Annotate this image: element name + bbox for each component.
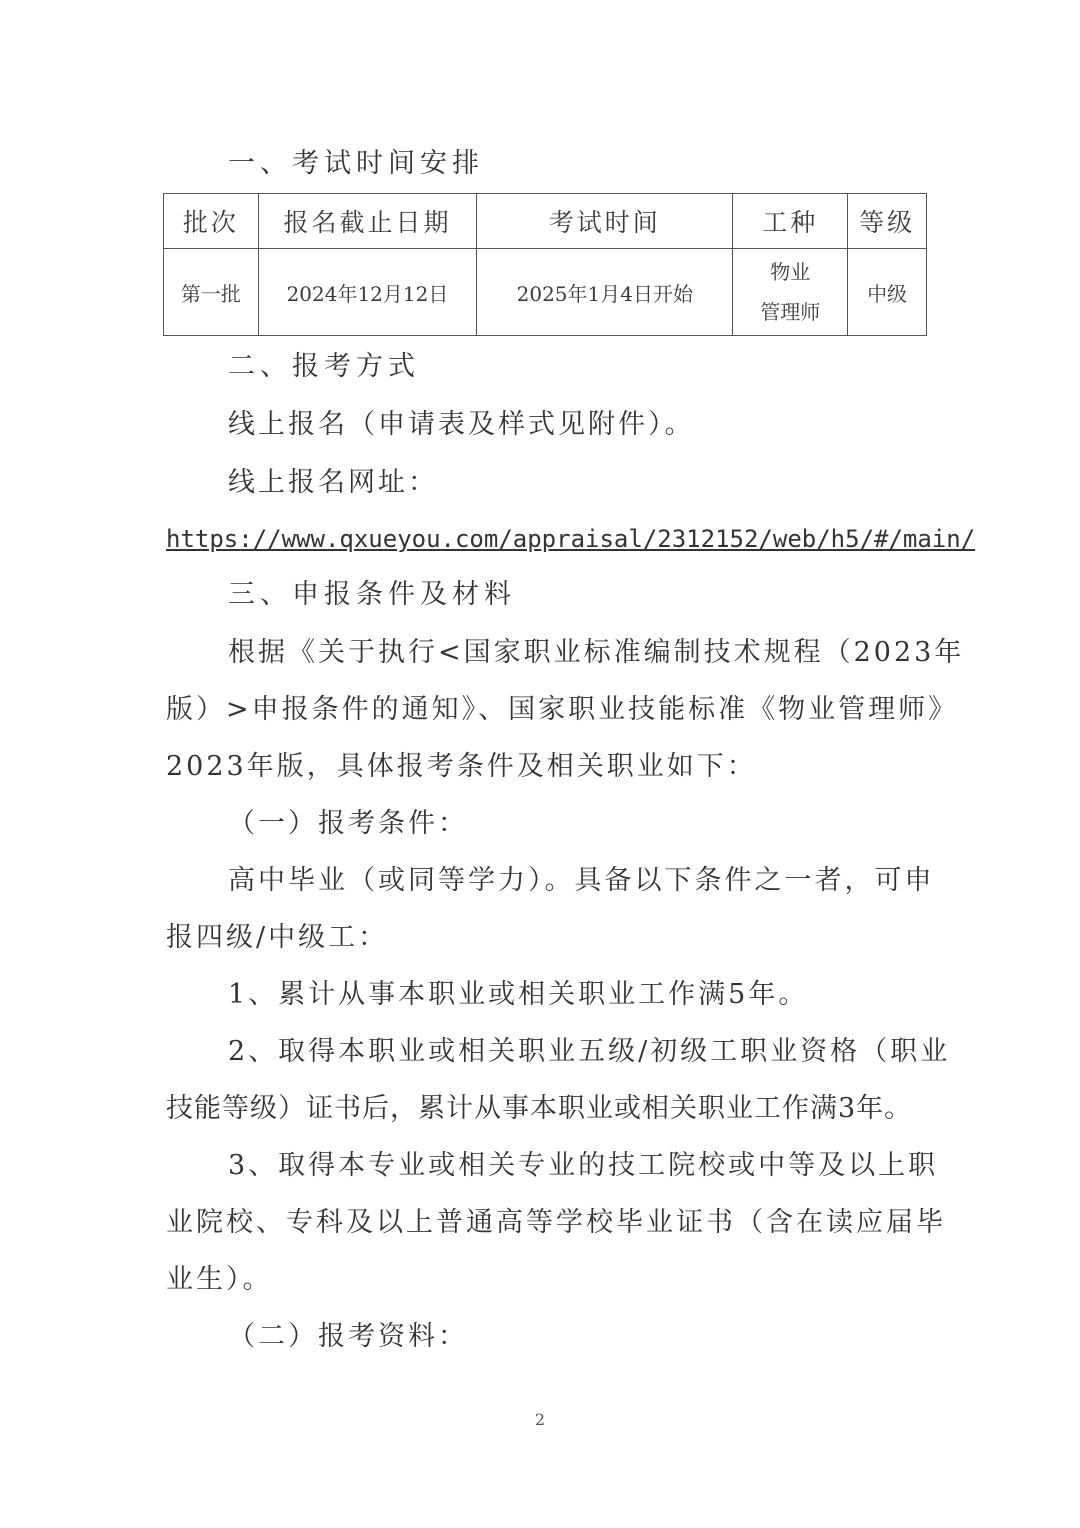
method-text: 线上报名（申请表及样式见附件）。 xyxy=(228,405,695,445)
section-heading-method: 二、报考方式 xyxy=(228,347,420,387)
cell-batch: 第一批 xyxy=(164,249,259,336)
page-number: 2 xyxy=(0,1410,1080,1429)
cell-deadline: 2024年12月12日 xyxy=(258,249,476,336)
url-label: 线上报名网址： xyxy=(228,463,438,503)
subheading-conditions: （一）报考条件： xyxy=(228,804,468,844)
table-header-row: 批次 报名截止日期 考试时间 工种 等级 xyxy=(164,194,927,249)
header-trade: 工种 xyxy=(733,194,848,249)
condition-item-2-line-2: 技能等级）证书后，累计从事本职业或相关职业工作满3年。 xyxy=(166,1089,912,1129)
cell-exam-time: 2025年1月4日开始 xyxy=(477,249,733,336)
trade-line-1: 物业 xyxy=(733,252,847,292)
intro-line-3: 2023年版，具体报考条件及相关职业如下： xyxy=(166,747,757,787)
condition-item-3-line-2: 业院校、专科及以上普通高等学校毕业证书（含在读应届毕 xyxy=(166,1203,946,1243)
header-level: 等级 xyxy=(848,194,927,249)
section-heading-conditions: 三、申报条件及材料 xyxy=(228,575,516,615)
header-batch: 批次 xyxy=(164,194,259,249)
cell-trade: 物业 管理师 xyxy=(733,249,848,336)
header-deadline: 报名截止日期 xyxy=(258,194,476,249)
header-exam-time: 考试时间 xyxy=(477,194,733,249)
condition-item-1: 1、累计从事本职业或相关职业工作满5年。 xyxy=(228,975,808,1015)
condition-item-3-line-3: 业生）。 xyxy=(166,1260,273,1300)
intro-line-2: 版）>申报条件的通知》、国家职业技能标准《物业管理师》 xyxy=(166,690,958,730)
condition-item-3-line-1: 3、取得本专业或相关专业的技工院校或中等及以上职 xyxy=(228,1146,938,1186)
section-heading-exam-schedule: 一、考试时间安排 xyxy=(228,144,484,184)
trade-line-2: 管理师 xyxy=(733,292,847,332)
cell-level: 中级 xyxy=(848,249,927,336)
subheading-materials: （二）报考资料： xyxy=(228,1317,468,1357)
condition-intro-line-1: 高中毕业（或同等学力）。具备以下条件之一者，可申 xyxy=(228,861,935,901)
exam-schedule-table: 批次 报名截止日期 考试时间 工种 等级 第一批 2024年12月12日 202… xyxy=(163,193,927,336)
condition-intro-line-2: 报四级/中级工： xyxy=(166,918,388,958)
intro-line-1: 根据《关于执行<国家职业标准编制技术规程（2023年 xyxy=(228,633,964,673)
registration-link[interactable]: https://www.qxueyou.com/appraisal/231215… xyxy=(166,525,975,553)
condition-item-2-line-1: 2、取得本职业或相关职业五级/初级工职业资格（职业 xyxy=(228,1032,950,1072)
table-row: 第一批 2024年12月12日 2025年1月4日开始 物业 管理师 中级 xyxy=(164,249,927,336)
